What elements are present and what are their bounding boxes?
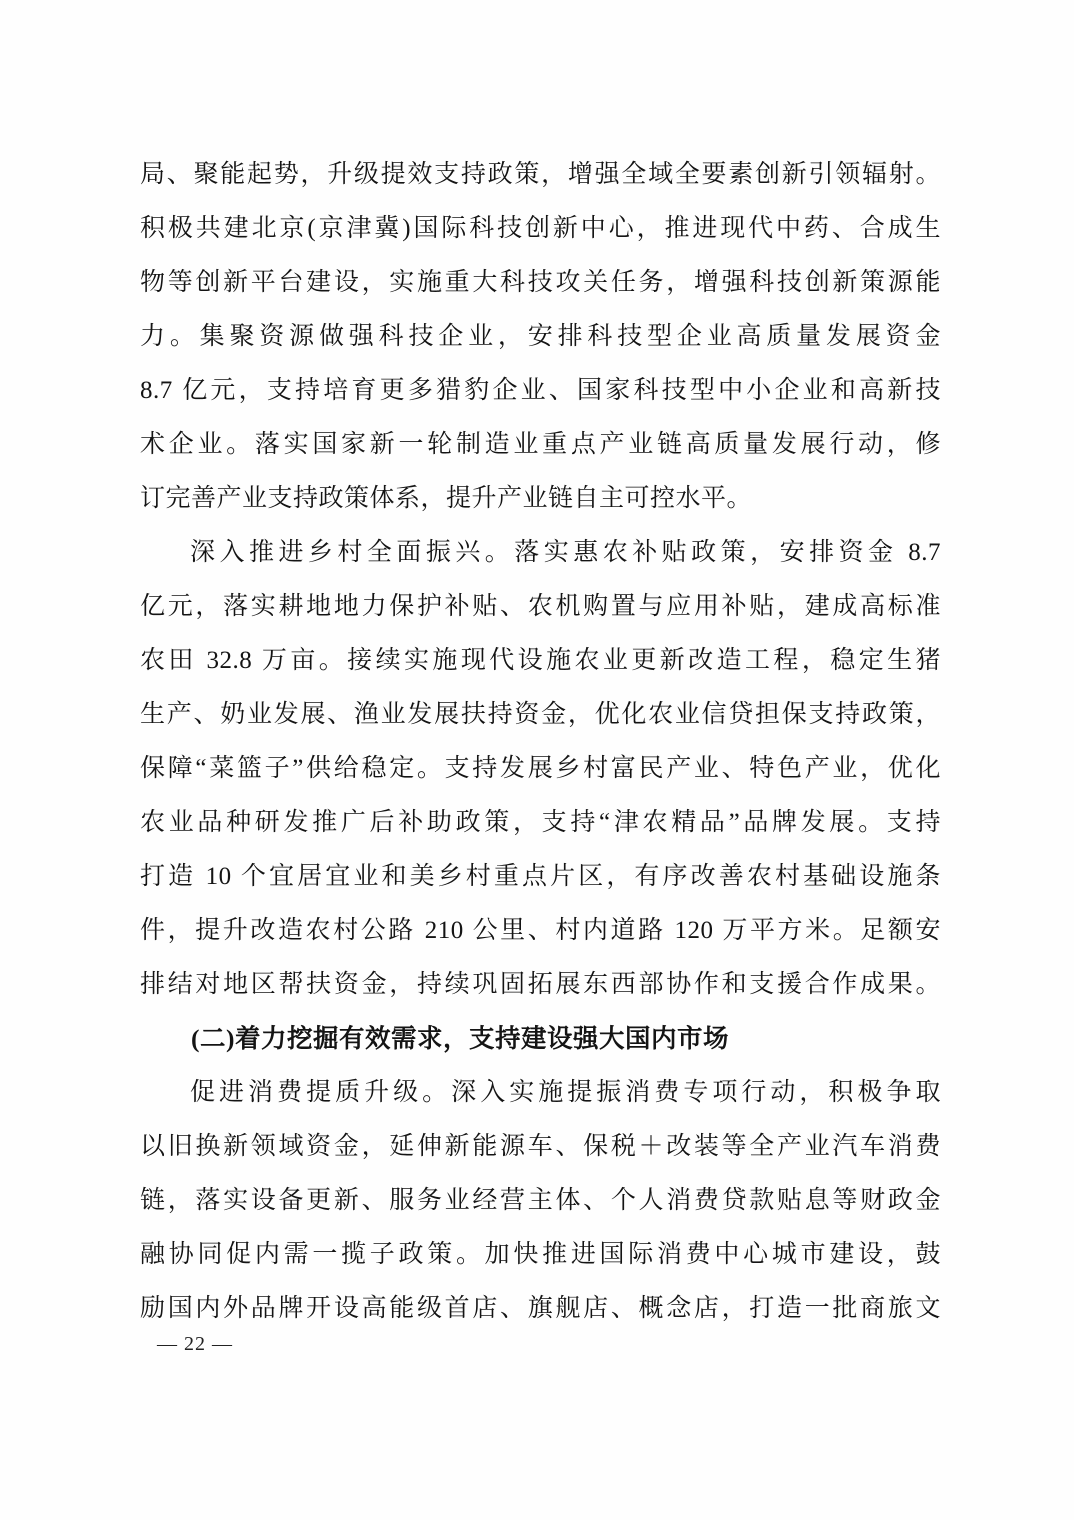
text-line: 励国内外品牌开设高能级首店、旗舰店、概念店，打造一批商旅文 — [140, 1282, 941, 1336]
text-line: 以旧换新领域资金，延伸新能源车、保税＋改装等全产业汽车消费 — [140, 1120, 941, 1174]
text-line: 农业品种研发推广后补助政策，支持“津农精品”品牌发展。支持 — [140, 796, 941, 850]
text-line: 术企业。落实国家新一轮制造业重点产业链高质量发展行动，修 — [140, 418, 941, 472]
text-line: 链，落实设备更新、服务业经营主体、个人消费贷款贴息等财政金 — [140, 1174, 941, 1228]
page-number: — 22 — — [157, 1333, 233, 1355]
text-line: 件，提升改造农村公路 210 公里、村内道路 120 万平方米。足额安 — [140, 904, 941, 958]
text-line: 亿元，落实耕地地力保护补贴、农机购置与应用补贴，建成高标准 — [140, 580, 941, 634]
page-footer: — 22 — — [157, 1330, 233, 1358]
text-line: 积极共建北京(京津冀)国际科技创新中心，推进现代中药、合成生 — [140, 202, 941, 256]
text-line: 订完善产业支持政策体系，提升产业链自主可控水平。 — [140, 472, 941, 526]
text-line: 物等创新平台建设，实施重大科技攻关任务，增强科技创新策源能 — [140, 256, 941, 310]
section-heading: (二)着力挖掘有效需求，支持建设强大国内市场 — [140, 1012, 941, 1066]
text-line: 融协同促内需一揽子政策。加快推进国际消费中心城市建设，鼓 — [140, 1228, 941, 1282]
text-line: 深入推进乡村全面振兴。落实惠农补贴政策，安排资金 8.7 — [140, 526, 941, 580]
document-page: 局、聚能起势，升级提效支持政策，增强全域全要素创新引领辐射。积极共建北京(京津冀… — [0, 0, 1074, 1520]
text-line: 农田 32.8 万亩。接续实施现代设施农业更新改造工程，稳定生猪 — [140, 634, 941, 688]
text-line: 促进消费提质升级。深入实施提振消费专项行动，积极争取 — [140, 1066, 941, 1120]
text-line: 打造 10 个宜居宜业和美乡村重点片区，有序改善农村基础设施条 — [140, 850, 941, 904]
text-line: 生产、奶业发展、渔业发展扶持资金，优化农业信贷担保支持政策， — [140, 688, 941, 742]
text-line: 8.7 亿元，支持培育更多猎豹企业、国家科技型中小企业和高新技 — [140, 364, 941, 418]
document-body: 局、聚能起势，升级提效支持政策，增强全域全要素创新引领辐射。积极共建北京(京津冀… — [140, 148, 941, 1336]
text-line: 局、聚能起势，升级提效支持政策，增强全域全要素创新引领辐射。 — [140, 148, 941, 202]
text-line: 力。集聚资源做强科技企业，安排科技型企业高质量发展资金 — [140, 310, 941, 364]
text-line: 保障“菜篮子”供给稳定。支持发展乡村富民产业、特色产业，优化 — [140, 742, 941, 796]
text-line: 排结对地区帮扶资金，持续巩固拓展东西部协作和支援合作成果。 — [140, 958, 941, 1012]
